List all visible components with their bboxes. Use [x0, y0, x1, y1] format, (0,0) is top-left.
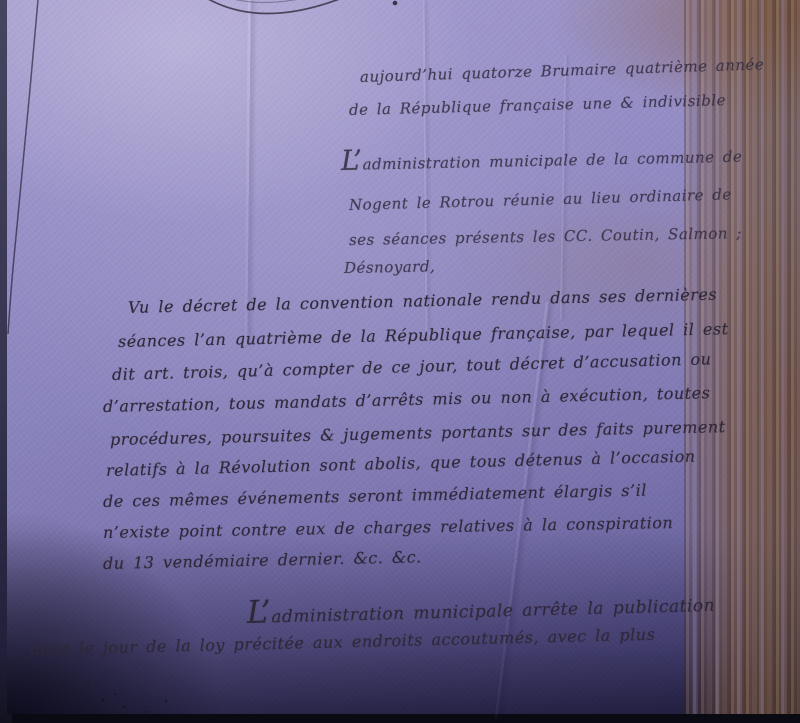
manuscript-photo-container: aujourd’hui quatorze Brumaire quatrième …: [0, 0, 800, 723]
margin-mark: 1.: [84, 678, 96, 693]
manuscript-line-6: Désnoyard,: [344, 257, 436, 277]
